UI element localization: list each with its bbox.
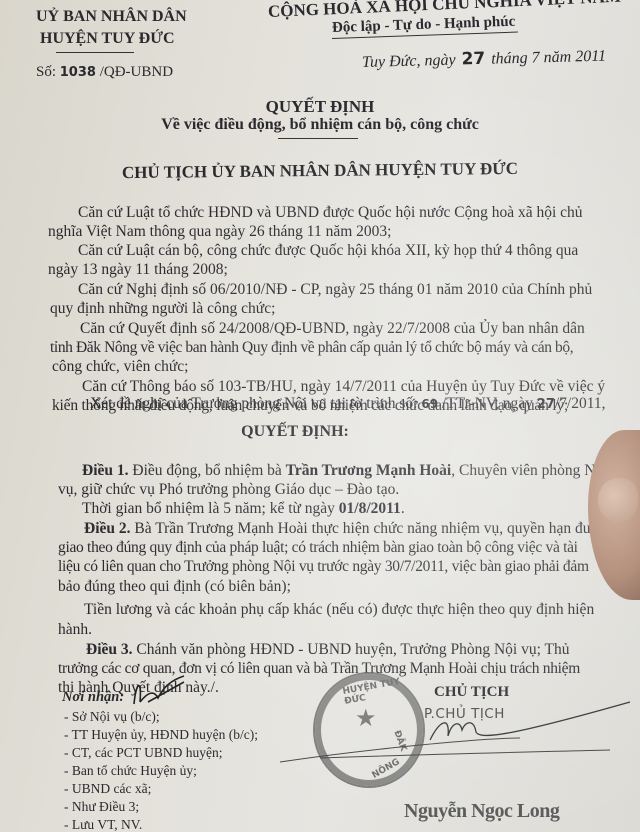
article-1-term: Thời gian bổ nhiệm là 5 năm; kể từ ngày …	[82, 499, 405, 518]
recipient-item: - Như Điều 3;	[64, 798, 258, 816]
document-title: QUYẾT ĐỊNH	[0, 97, 640, 117]
preamble-line: ngày 13 ngày 11 tháng 2008;	[48, 260, 228, 279]
proposal-day-handwritten: 27	[537, 397, 555, 412]
issuing-org-line1: UỶ BAN NHÂN DÂN	[36, 8, 187, 26]
article-2-line: liệu có liên quan cho Trưởng phòng Nội v…	[58, 557, 589, 576]
proposal-suffix: /7/2011,	[555, 395, 606, 412]
number-handwritten: 1038	[60, 65, 96, 80]
preamble-line: quy định những người là công chức;	[50, 299, 275, 318]
proposal-visible: Xét đề nghị của Trưởng phòng Nội vụ tại …	[90, 394, 606, 414]
date-prefix: Tuy Đức, ngày	[362, 52, 456, 71]
appointee-name: Trần Trương Mạnh Hoài	[286, 462, 452, 479]
signatory-name: Nguyễn Ngọc Long	[404, 800, 559, 823]
recipients-title: Nơi nhận:	[62, 689, 124, 706]
article-1-line: vụ, giữ chức vụ Phó trưởng phòng Giáo dụ…	[58, 480, 399, 499]
decision-heading: QUYẾT ĐỊNH:	[0, 423, 590, 441]
recipient-item: - TT Huyện ủy, HĐND huyện (b/c);	[64, 726, 258, 744]
signatory-title: CHỦ TỊCH	[434, 684, 509, 701]
place-date: Tuy Đức, ngày27tháng 7 năm 2011	[362, 46, 607, 72]
preamble-line: Căn cứ Nghị định số 06/2010/NĐ - CP, ngà…	[78, 280, 592, 299]
preamble-line: nghĩa Việt Nam thông qua ngày 26 tháng 1…	[48, 222, 391, 241]
initials-signature	[128, 672, 188, 712]
salary-line: Tiền lương và các khoản phụ cấp khác (nế…	[84, 600, 594, 619]
term-suffix: .	[401, 500, 405, 517]
issuer-title: CHỦ TỊCH ỦY BAN NHÂN DÂN HUYỆN TUY ĐỨC	[0, 158, 640, 185]
article-2-text: Bà Trần Trương Mạnh Hoài thực hiện chức …	[134, 520, 606, 537]
article-1-line: Điều 1. Điều động, bổ nhiệm bà Trần Trươ…	[82, 461, 608, 480]
article-3-text: Chánh văn phòng HĐND - UBND huyện, Trưởn…	[136, 641, 569, 658]
preamble-line: công chức, viên chức;	[52, 357, 188, 376]
preamble-line: Căn cứ Luật cán bộ, công chức được Quốc …	[78, 241, 578, 260]
article-2-line: Điều 2. Bà Trần Trương Mạnh Hoài thực hi…	[84, 519, 606, 538]
number-suffix: /QĐ-UBND	[100, 64, 173, 80]
date-day-handwritten: 27	[461, 49, 485, 70]
document-number: Số: 1038 /QĐ-UBND	[36, 64, 173, 81]
proposal-middle: /TTr-NV, ngày	[442, 395, 533, 412]
recipient-item: - CT, các PCT UBND huyện;	[64, 744, 258, 762]
recipient-item: - Sở Nội vụ (b/c);	[64, 708, 258, 726]
article-2-line: bảo đúng theo qui định (có biên bản);	[58, 577, 291, 596]
article-2-label: Điều 2.	[84, 520, 131, 537]
recipient-item: - Ban tổ chức Huyện ủy;	[64, 762, 258, 780]
proposal-number-handwritten: 69	[421, 397, 438, 411]
number-label: Số:	[36, 64, 56, 80]
article-1-text: Điều động, bổ nhiệm bà	[132, 462, 281, 479]
term-date: 01/8/2011	[339, 500, 401, 517]
date-suffix: tháng 7 năm 2011	[491, 48, 606, 68]
salary-line: hành.	[58, 620, 92, 639]
article-2-line: giao theo đúng quy định của pháp luật; c…	[58, 538, 578, 557]
recipient-item: - UBND các xã;	[64, 780, 258, 798]
article-1-text-b: , Chuyên viên phòng Nội	[451, 462, 607, 479]
document-subject: Về việc điều động, bổ nhiệm cán bộ, công…	[0, 116, 640, 134]
preamble-line: Căn cứ Quyết định số 24/2008/QĐ-UBND, ng…	[80, 319, 585, 338]
article-3-label: Điều 3.	[86, 641, 133, 658]
header-divider	[56, 52, 134, 53]
article-1-label: Điều 1.	[82, 462, 129, 479]
preamble-line: Căn cứ Luật tổ chức HĐND và UBND được Qu…	[78, 203, 583, 222]
signature	[280, 700, 640, 780]
subject-underline	[278, 138, 358, 139]
preamble-line: tỉnh Đăk Nông về việc ban hành Quy định …	[50, 338, 573, 357]
issuing-org-line2: HUYỆN TUY ĐỨC	[40, 30, 175, 48]
recipient-item: - Lưu VT, NV.	[64, 816, 258, 832]
proposal-prefix: Xét đề nghị của Trưởng phòng Nội vụ tại …	[90, 395, 417, 412]
recipients-list: - Sở Nội vụ (b/c); - TT Huyện ủy, HĐND h…	[64, 708, 258, 832]
article-3-line: Điều 3. Chánh văn phòng HĐND - UBND huyệ…	[86, 640, 569, 659]
term-prefix: Thời gian bổ nhiệm là 5 năm; kể từ ngày	[82, 500, 335, 517]
document-page: UỶ BAN NHÂN DÂN HUYỆN TUY ĐỨC Số: 1038 /…	[0, 0, 640, 832]
fingernail	[598, 478, 638, 522]
